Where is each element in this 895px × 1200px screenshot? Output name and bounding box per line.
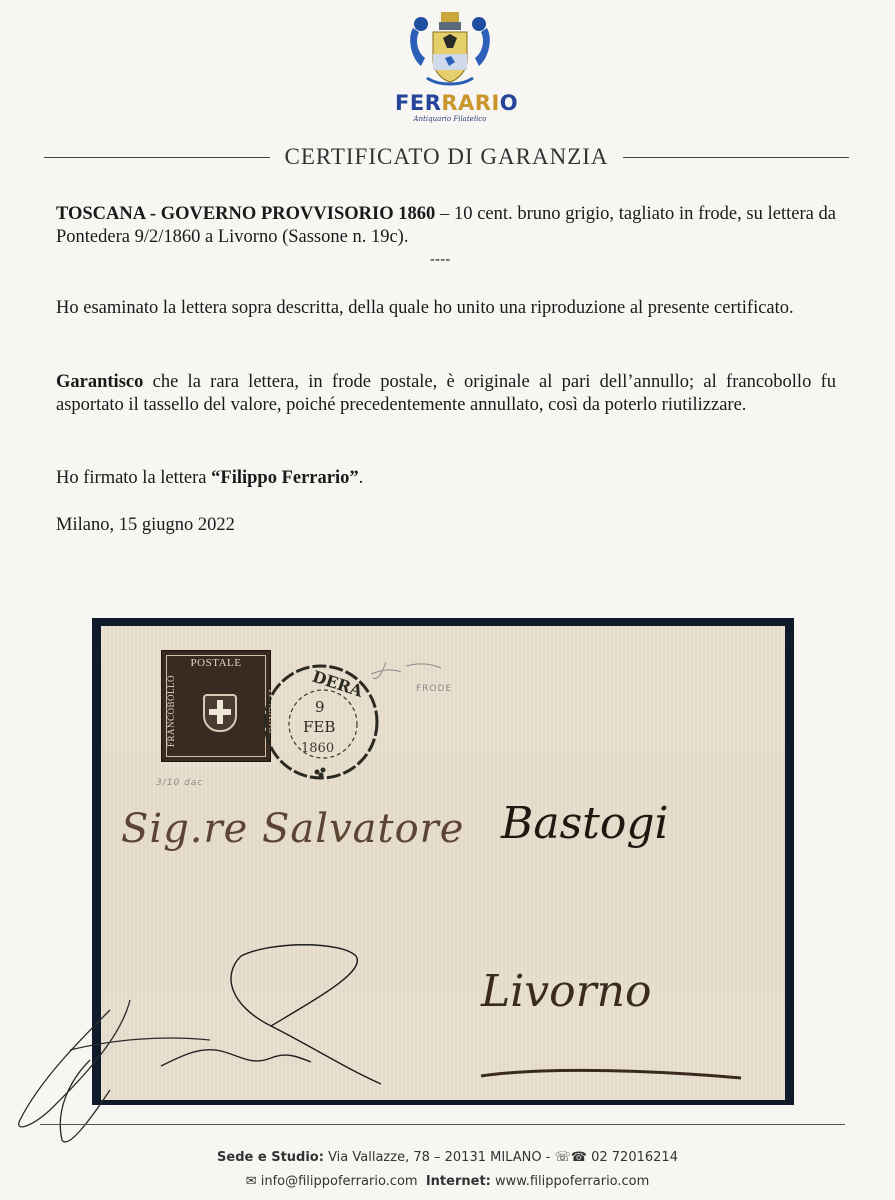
place-date: Milano, 15 giugno 2022 (56, 514, 836, 537)
signature-statement: Ho firmato la lettera “Filippo Ferrario”… (56, 467, 836, 490)
email-icon: ✉ (246, 1174, 257, 1189)
brand-subtitle: Antiquario Filatelico (395, 115, 505, 123)
footer-email-link[interactable]: info@filippoferrario.com (261, 1174, 418, 1189)
certificate-title: CERTIFICATO DI GARANZIA (270, 144, 622, 170)
footer-label-office: Sede e Studio: (217, 1150, 324, 1165)
footer-address: Via Vallazze, 78 – 20131 MILANO - (324, 1150, 555, 1165)
brand-part-1: FER (395, 91, 441, 115)
ink-strokes (101, 626, 785, 1100)
signature-statement-pre: Ho firmato la lettera (56, 468, 211, 488)
footer-label-internet: Internet: (426, 1174, 491, 1189)
guarantee-rest: che la rara lettera, in frode postale, è… (56, 372, 836, 415)
footer-web-line: ✉ info@filippoferrario.com Internet: www… (0, 1170, 895, 1194)
brand-part-3: O (500, 91, 518, 115)
letter-paper: POSTALE FRANCOBOLLO TOSCANO DERA 9 FEB 1… (101, 626, 785, 1100)
item-description: TOSCANA - GOVERNO PROVVISORIO 1860 – 10 … (56, 203, 836, 249)
title-rule-left (44, 157, 270, 158)
letter-reproduction: POSTALE FRANCOBOLLO TOSCANO DERA 9 FEB 1… (92, 618, 794, 1105)
coat-of-arms-icon (405, 8, 495, 90)
brand-part-2: RARI (441, 91, 499, 115)
description-lead: TOSCANA - GOVERNO PROVVISORIO 1860 (56, 204, 435, 224)
phone-fax-icon: ☏☎ (555, 1150, 587, 1165)
brand-logo: FERRARIO Antiquario Filatelico (395, 8, 505, 128)
footer-rule (40, 1124, 845, 1125)
brand-name: FERRARIO (395, 92, 505, 114)
title-rule-right (623, 157, 849, 158)
footer-address-line: Sede e Studio: Via Vallazze, 78 – 20131 … (0, 1146, 895, 1170)
footer-phone: 02 72016214 (587, 1150, 678, 1165)
footer-website-link[interactable]: www.filippoferrario.com (495, 1174, 649, 1189)
examination-paragraph: Ho esaminato la lettera sopra descritta,… (56, 297, 836, 320)
guarantee-paragraph: Garantisco che la rara lettera, in frode… (56, 371, 836, 417)
guarantee-lead: Garantisco (56, 372, 143, 392)
certificate-title-row: CERTIFICATO DI GARANZIA (44, 142, 849, 172)
signer-name: “Filippo Ferrario” (211, 468, 358, 488)
signature-statement-post: . (359, 468, 364, 488)
description-separator: ---- (430, 252, 451, 268)
footer-contact: Sede e Studio: Via Vallazze, 78 – 20131 … (0, 1146, 895, 1194)
